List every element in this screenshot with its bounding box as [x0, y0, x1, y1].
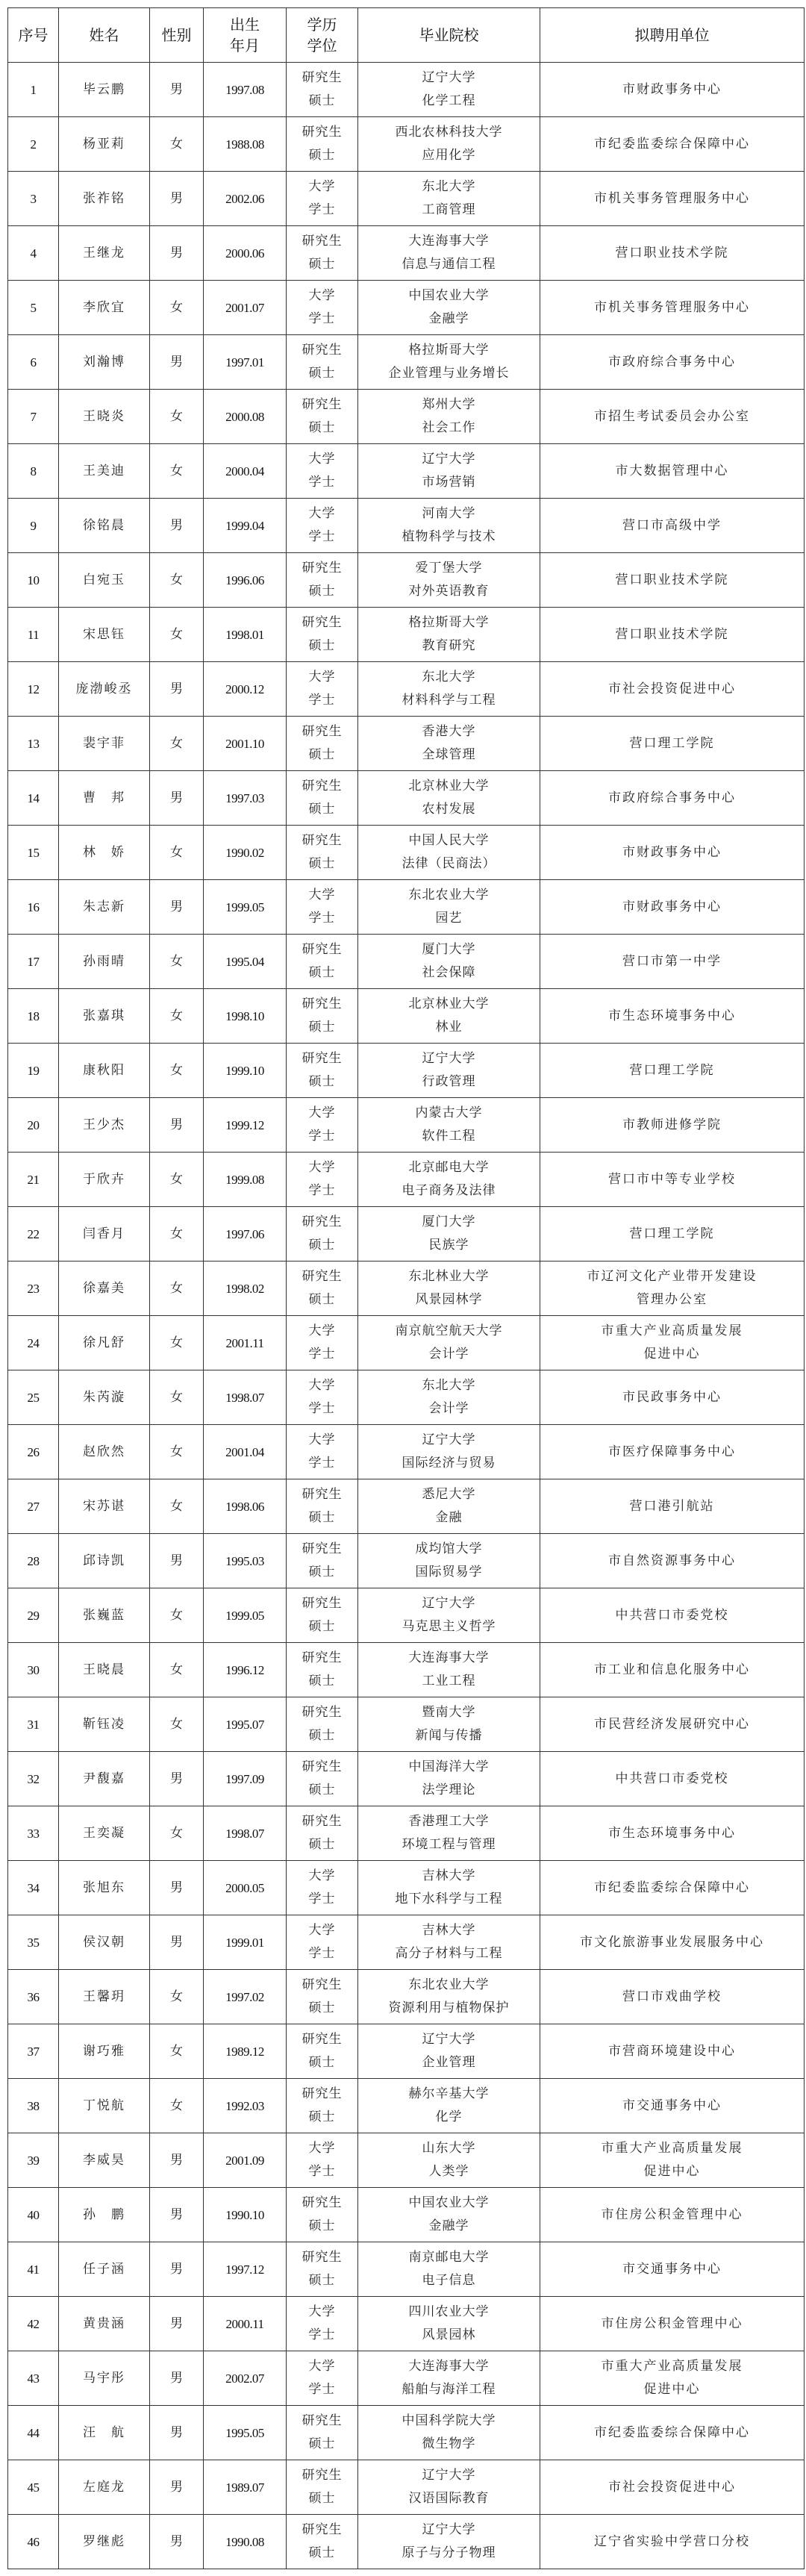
- cell-birth: 1998.10: [204, 989, 287, 1044]
- cell-school: 辽宁大学 马克思主义哲学: [358, 1588, 540, 1643]
- cell-education: 研究生 硕士: [287, 390, 358, 444]
- degree: 硕士: [287, 852, 357, 876]
- cell-no: 41: [8, 2242, 59, 2297]
- degree: 硕士: [287, 144, 357, 167]
- school-name: 香港大学: [358, 720, 540, 743]
- school-name: 东北大学: [358, 1374, 540, 1397]
- cell-school: 吉林大学 地下水科学与工程: [358, 1861, 540, 1915]
- unit-line2: 促进中心: [540, 2160, 804, 2183]
- degree: 硕士: [287, 2487, 357, 2510]
- education-level: 研究生: [287, 1211, 357, 1234]
- cell-school: 北京邮电大学 电子商务及法律: [358, 1153, 540, 1207]
- degree: 硕士: [287, 580, 357, 603]
- cell-name: 尹馥嘉: [59, 1752, 150, 1806]
- cell-name: 于欣卉: [59, 1153, 150, 1207]
- cell-name: 毕云鹏: [59, 63, 150, 117]
- cell-birth: 1995.03: [204, 1534, 287, 1588]
- cell-gender: 女: [150, 1970, 204, 2024]
- table-row: 12 庞渤峻丞 男 2000.12 大学 学士 东北大学 材料科学与工程 市社会…: [8, 662, 805, 717]
- cell-birth: 1997.02: [204, 1970, 287, 2024]
- school-name: 辽宁大学: [358, 1047, 540, 1070]
- cell-no: 6: [8, 335, 59, 390]
- unit-line1: 市交通事务中心: [540, 2258, 804, 2281]
- cell-no: 46: [8, 2515, 59, 2569]
- cell-school: 东北大学 工商管理: [358, 172, 540, 226]
- cell-gender: 男: [150, 63, 204, 117]
- cell-education: 研究生 硕士: [287, 1479, 358, 1534]
- degree: 硕士: [287, 961, 357, 985]
- education-level: 研究生: [287, 393, 357, 417]
- school-name: 河南大学: [358, 502, 540, 526]
- cell-education: 大学 学士: [287, 444, 358, 499]
- major: 风景园林学: [358, 1288, 540, 1312]
- table-row: 10 白宛玉 女 1996.06 研究生 硕士 爱丁堡大学 对外英语教育 营口职…: [8, 553, 805, 608]
- cell-no: 18: [8, 989, 59, 1044]
- cell-school: 南京邮电大学 电子信息: [358, 2242, 540, 2297]
- cell-birth: 1995.07: [204, 1697, 287, 1752]
- header-birth-line1: 出生: [204, 14, 286, 35]
- degree: 硕士: [287, 1506, 357, 1529]
- cell-gender: 女: [150, 1479, 204, 1534]
- cell-no: 34: [8, 1861, 59, 1915]
- cell-no: 4: [8, 226, 59, 281]
- unit-line1: 市财政事务中心: [540, 841, 804, 864]
- cell-gender: 女: [150, 1262, 204, 1316]
- cell-no: 3: [8, 172, 59, 226]
- cell-gender: 女: [150, 444, 204, 499]
- table-row: 16 朱志新 男 1999.05 大学 学士 东北农业大学 园艺 市财政事务中心: [8, 880, 805, 935]
- table-row: 43 马宇彤 男 2002.07 大学 学士 大连海事大学 船舶与海洋工程 市重…: [8, 2351, 805, 2406]
- cell-school: 西北农林科技大学 应用化学: [358, 117, 540, 172]
- cell-birth: 2001.10: [204, 717, 287, 771]
- cell-gender: 男: [150, 2351, 204, 2406]
- school-name: 中国人民大学: [358, 829, 540, 852]
- cell-no: 28: [8, 1534, 59, 1588]
- unit-line1: 营口理工学院: [540, 1059, 804, 1082]
- table-row: 19 康秋阳 女 1999.10 研究生 硕士 辽宁大学 行政管理 营口理工学院: [8, 1044, 805, 1098]
- cell-no: 22: [8, 1207, 59, 1262]
- unit-line1: 市机关事务管理服务中心: [540, 296, 804, 319]
- cell-gender: 女: [150, 1697, 204, 1752]
- degree: 学士: [287, 2378, 357, 2401]
- cell-school: 辽宁大学 国际经济与贸易: [358, 1425, 540, 1479]
- cell-birth: 2000.06: [204, 226, 287, 281]
- table-row: 45 左庭龙 男 1989.07 研究生 硕士 辽宁大学 汉语国际教育 市社会投…: [8, 2460, 805, 2515]
- table-row: 41 任子涵 男 1997.12 研究生 硕士 南京邮电大学 电子信息 市交通事…: [8, 2242, 805, 2297]
- cell-birth: 1999.12: [204, 1098, 287, 1153]
- cell-education: 研究生 硕士: [287, 1697, 358, 1752]
- cell-education: 大学 学士: [287, 1915, 358, 1970]
- cell-education: 研究生 硕士: [287, 771, 358, 826]
- cell-school: 北京林业大学 农村发展: [358, 771, 540, 826]
- cell-gender: 男: [150, 880, 204, 935]
- degree: 学士: [287, 1179, 357, 1203]
- table-row: 14 曹 邦 男 1997.03 研究生 硕士 北京林业大学 农村发展 市政府综…: [8, 771, 805, 826]
- cell-gender: 女: [150, 1806, 204, 1861]
- cell-unit: 市社会投资促进中心: [540, 662, 805, 717]
- major: 新闻与传播: [358, 1724, 540, 1747]
- unit-line1: 市教师进修学院: [540, 1114, 804, 1137]
- cell-gender: 女: [150, 553, 204, 608]
- header-education: 学历 学位: [287, 8, 358, 63]
- cell-name: 闫香月: [59, 1207, 150, 1262]
- cell-school: 吉林大学 高分子材料与工程: [358, 1915, 540, 1970]
- table-row: 36 王馨玥 女 1997.02 研究生 硕士 东北农业大学 资源利用与植物保护…: [8, 1970, 805, 2024]
- major: 企业管理与业务增长: [358, 362, 540, 385]
- education-level: 研究生: [287, 1265, 357, 1288]
- header-name: 姓名: [59, 8, 150, 63]
- unit-line1: 营口职业技术学院: [540, 242, 804, 265]
- cell-birth: 1998.01: [204, 608, 287, 662]
- cell-no: 16: [8, 880, 59, 935]
- cell-birth: 2000.04: [204, 444, 287, 499]
- unit-line1: 市纪委监委综合保障中心: [540, 1877, 804, 1900]
- unit-line1: 市住房公积金管理中心: [540, 2204, 804, 2227]
- major: 金融学: [358, 2215, 540, 2238]
- cell-birth: 1997.12: [204, 2242, 287, 2297]
- school-name: 南京航空航天大学: [358, 1320, 540, 1343]
- header-education-line2: 学位: [287, 35, 357, 56]
- degree: 硕士: [287, 1670, 357, 1693]
- cell-school: 大连海事大学 工业工程: [358, 1643, 540, 1697]
- cell-name: 邱诗凯: [59, 1534, 150, 1588]
- cell-education: 研究生 硕士: [287, 2188, 358, 2242]
- cell-unit: 营口市戏曲学校: [540, 1970, 805, 2024]
- cell-name: 左庭龙: [59, 2460, 150, 2515]
- table-row: 1 毕云鹏 男 1997.08 研究生 硕士 辽宁大学 化学工程 市财政事务中心: [8, 63, 805, 117]
- cell-gender: 男: [150, 1534, 204, 1588]
- cell-school: 大连海事大学 船舶与海洋工程: [358, 2351, 540, 2406]
- education-level: 研究生: [287, 2028, 357, 2051]
- major: 信息与通信工程: [358, 253, 540, 276]
- cell-name: 康秋阳: [59, 1044, 150, 1098]
- cell-education: 研究生 硕士: [287, 63, 358, 117]
- cell-education: 研究生 硕士: [287, 1643, 358, 1697]
- cell-education: 研究生 硕士: [287, 717, 358, 771]
- cell-no: 5: [8, 281, 59, 335]
- cell-no: 15: [8, 826, 59, 880]
- school-name: 辽宁大学: [358, 2519, 540, 2542]
- education-level: 大学: [287, 1102, 357, 1125]
- table-row: 46 罗继彪 男 1990.08 研究生 硕士 辽宁大学 原子与分子物理 辽宁省…: [8, 2515, 805, 2569]
- unit-line1: 市财政事务中心: [540, 78, 804, 102]
- unit-line1: 市财政事务中心: [540, 896, 804, 919]
- cell-education: 大学 学士: [287, 1098, 358, 1153]
- cell-birth: 1999.05: [204, 1588, 287, 1643]
- cell-unit: 营口港引航站: [540, 1479, 805, 1534]
- cell-education: 大学 学士: [287, 1425, 358, 1479]
- cell-unit: 市医疗保障事务中心: [540, 1425, 805, 1479]
- cell-name: 孙雨晴: [59, 935, 150, 989]
- cell-school: 赫尔辛基大学 化学: [358, 2079, 540, 2133]
- unit-line1: 市机关事务管理服务中心: [540, 187, 804, 210]
- cell-school: 辽宁大学 原子与分子物理: [358, 2515, 540, 2569]
- cell-gender: 女: [150, 2079, 204, 2133]
- unit-line1: 市住房公积金管理中心: [540, 2313, 804, 2336]
- education-level: 研究生: [287, 2519, 357, 2542]
- school-name: 北京邮电大学: [358, 1156, 540, 1179]
- cell-no: 9: [8, 499, 59, 553]
- header-no: 序号: [8, 8, 59, 63]
- degree: 学士: [287, 1397, 357, 1420]
- cell-gender: 女: [150, 1425, 204, 1479]
- cell-education: 研究生 硕士: [287, 1806, 358, 1861]
- school-name: 辽宁大学: [358, 1429, 540, 1452]
- table-row: 2 杨亚莉 女 1988.08 研究生 硕士 西北农林科技大学 应用化学 市纪委…: [8, 117, 805, 172]
- degree: 学士: [287, 471, 357, 494]
- cell-education: 研究生 硕士: [287, 1752, 358, 1806]
- cell-gender: 男: [150, 2188, 204, 2242]
- unit-line1: 市医疗保障事务中心: [540, 1441, 804, 1464]
- school-name: 郑州大学: [358, 393, 540, 417]
- cell-no: 12: [8, 662, 59, 717]
- header-unit: 拟聘用单位: [540, 8, 805, 63]
- education-level: 研究生: [287, 1974, 357, 1997]
- degree: 硕士: [287, 1016, 357, 1039]
- cell-name: 谢巧雅: [59, 2024, 150, 2079]
- cell-gender: 女: [150, 1643, 204, 1697]
- header-gender: 性别: [150, 8, 204, 63]
- unit-line1: 营口职业技术学院: [540, 623, 804, 646]
- cell-birth: 1998.07: [204, 1370, 287, 1425]
- cell-unit: 中共营口市委党校: [540, 1588, 805, 1643]
- table-row: 25 朱芮漩 女 1998.07 大学 学士 东北大学 会计学 市民政事务中心: [8, 1370, 805, 1425]
- cell-unit: 市纪委监委综合保障中心: [540, 2406, 805, 2460]
- cell-name: 刘瀚博: [59, 335, 150, 390]
- major: 教育研究: [358, 634, 540, 658]
- cell-school: 北京林业大学 林业: [358, 989, 540, 1044]
- cell-birth: 1997.06: [204, 1207, 287, 1262]
- table-row: 30 王晓晨 女 1996.12 研究生 硕士 大连海事大学 工业工程 市工业和…: [8, 1643, 805, 1697]
- cell-name: 任子涵: [59, 2242, 150, 2297]
- cell-unit: 市招生考试委员会办公室: [540, 390, 805, 444]
- cell-no: 39: [8, 2133, 59, 2188]
- unit-line1: 市生态环境事务中心: [540, 1005, 804, 1028]
- major: 微生物学: [358, 2433, 540, 2456]
- cell-gender: 女: [150, 608, 204, 662]
- cell-unit: 营口理工学院: [540, 1044, 805, 1098]
- education-level: 研究生: [287, 121, 357, 144]
- major: 马克思主义哲学: [358, 1615, 540, 1638]
- major: 风景园林: [358, 2324, 540, 2347]
- cell-school: 爱丁堡大学 对外英语教育: [358, 553, 540, 608]
- cell-education: 大学 学士: [287, 1153, 358, 1207]
- education-level: 研究生: [287, 775, 357, 798]
- cell-birth: 2000.08: [204, 390, 287, 444]
- table-row: 27 宋苏谌 女 1998.06 研究生 硕士 悉尼大学 金融 营口港引航站: [8, 1479, 805, 1534]
- cell-unit: 市社会投资促进中心: [540, 2460, 805, 2515]
- degree: 学士: [287, 1343, 357, 1366]
- education-level: 大学: [287, 1374, 357, 1397]
- school-name: 暨南大学: [358, 1701, 540, 1724]
- school-name: 东北大学: [358, 666, 540, 689]
- unit-line1: 市民政事务中心: [540, 1386, 804, 1409]
- unit-line1: 中共营口市委党校: [540, 1768, 804, 1791]
- cell-gender: 男: [150, 172, 204, 226]
- table-row: 38 丁悦航 女 1992.03 研究生 硕士 赫尔辛基大学 化学 市交通事务中…: [8, 2079, 805, 2133]
- cell-gender: 女: [150, 1044, 204, 1098]
- major: 行政管理: [358, 1070, 540, 1094]
- cell-name: 王美迪: [59, 444, 150, 499]
- cell-education: 研究生 硕士: [287, 226, 358, 281]
- education-level: 大学: [287, 666, 357, 689]
- degree: 硕士: [287, 1779, 357, 1802]
- education-level: 研究生: [287, 66, 357, 90]
- header-birth-line2: 年月: [204, 35, 286, 56]
- cell-gender: 男: [150, 662, 204, 717]
- cell-name: 宋思钰: [59, 608, 150, 662]
- cell-gender: 女: [150, 826, 204, 880]
- cell-birth: 2002.06: [204, 172, 287, 226]
- cell-birth: 1997.01: [204, 335, 287, 390]
- cell-education: 大学 学士: [287, 281, 358, 335]
- cell-school: 辽宁大学 行政管理: [358, 1044, 540, 1098]
- table-row: 15 林 娇 女 1990.02 研究生 硕士 中国人民大学 法律（民商法） 市…: [8, 826, 805, 880]
- cell-education: 研究生 硕士: [287, 989, 358, 1044]
- table-row: 44 汪 航 男 1995.05 研究生 硕士 中国科学院大学 微生物学 市纪委…: [8, 2406, 805, 2460]
- unit-line1: 辽宁省实验中学营口分校: [540, 2530, 804, 2554]
- cell-unit: 市政府综合事务中心: [540, 335, 805, 390]
- cell-education: 大学 学士: [287, 662, 358, 717]
- major: 高分子材料与工程: [358, 1942, 540, 1965]
- table-row: 13 裴宇菲 女 2001.10 研究生 硕士 香港大学 全球管理 营口理工学院: [8, 717, 805, 771]
- table-row: 3 张祚铭 男 2002.06 大学 学士 东北大学 工商管理 市机关事务管理服…: [8, 172, 805, 226]
- cell-no: 37: [8, 2024, 59, 2079]
- cell-school: 东北农业大学 园艺: [358, 880, 540, 935]
- cell-unit: 营口市第一中学: [540, 935, 805, 989]
- cell-name: 王奕凝: [59, 1806, 150, 1861]
- school-name: 悉尼大学: [358, 1483, 540, 1506]
- unit-line1: 市大数据管理中心: [540, 460, 804, 483]
- cell-gender: 女: [150, 281, 204, 335]
- cell-no: 17: [8, 935, 59, 989]
- table-row: 35 侯汉朝 男 1999.01 大学 学士 吉林大学 高分子材料与工程 市文化…: [8, 1915, 805, 1970]
- cell-unit: 市生态环境事务中心: [540, 989, 805, 1044]
- education-level: 大学: [287, 448, 357, 471]
- cell-unit: 营口市高级中学: [540, 499, 805, 553]
- cell-unit: 市政府综合事务中心: [540, 771, 805, 826]
- unit-line1: 营口港引航站: [540, 1495, 804, 1518]
- unit-line1: 市纪委监委综合保障中心: [540, 133, 804, 156]
- cell-school: 中国人民大学 法律（民商法）: [358, 826, 540, 880]
- unit-line1: 营口市第一中学: [540, 950, 804, 973]
- cell-school: 厦门大学 民族学: [358, 1207, 540, 1262]
- table-row: 5 李欣宜 女 2001.07 大学 学士 中国农业大学 金融学 市机关事务管理…: [8, 281, 805, 335]
- table-row: 31 靳钰凌 女 1995.07 研究生 硕士 暨南大学 新闻与传播 市民营经济…: [8, 1697, 805, 1752]
- unit-line1: 市重大产业高质量发展: [540, 2355, 804, 2378]
- cell-birth: 1999.10: [204, 1044, 287, 1098]
- header-row: 序号 姓名 性别 出生 年月 学历 学位 毕业院校 拟聘用单位: [8, 8, 805, 63]
- cell-name: 王晓晨: [59, 1643, 150, 1697]
- education-level: 研究生: [287, 1756, 357, 1779]
- cell-no: 2: [8, 117, 59, 172]
- cell-school: 悉尼大学 金融: [358, 1479, 540, 1534]
- cell-gender: 女: [150, 935, 204, 989]
- cell-unit: 市财政事务中心: [540, 880, 805, 935]
- education-level: 研究生: [287, 611, 357, 634]
- cell-no: 1: [8, 63, 59, 117]
- cell-no: 45: [8, 2460, 59, 2515]
- major: 金融学: [358, 308, 540, 331]
- table-row: 29 张巍蓝 女 1999.05 研究生 硕士 辽宁大学 马克思主义哲学 中共营…: [8, 1588, 805, 1643]
- major: 软件工程: [358, 1125, 540, 1148]
- cell-no: 24: [8, 1316, 59, 1370]
- education-level: 研究生: [287, 2246, 357, 2269]
- cell-unit: 辽宁省实验中学营口分校: [540, 2515, 805, 2569]
- cell-name: 靳钰凌: [59, 1697, 150, 1752]
- cell-no: 14: [8, 771, 59, 826]
- table-row: 28 邱诗凯 男 1995.03 研究生 硕士 成均馆大学 国际贸易学 市自然资…: [8, 1534, 805, 1588]
- degree: 硕士: [287, 90, 357, 113]
- major: 金融: [358, 1506, 540, 1529]
- cell-no: 10: [8, 553, 59, 608]
- degree: 学士: [287, 1452, 357, 1475]
- cell-gender: 女: [150, 717, 204, 771]
- degree: 硕士: [287, 1234, 357, 1257]
- school-name: 大连海事大学: [358, 1647, 540, 1670]
- education-level: 研究生: [287, 1538, 357, 1561]
- cell-birth: 1997.09: [204, 1752, 287, 1806]
- school-name: 吉林大学: [358, 1919, 540, 1942]
- school-name: 成均馆大学: [358, 1538, 540, 1561]
- cell-unit: 市重大产业高质量发展 促进中心: [540, 2133, 805, 2188]
- unit-line1: 市重大产业高质量发展: [540, 2137, 804, 2160]
- cell-gender: 男: [150, 2242, 204, 2297]
- major: 法学理论: [358, 1779, 540, 1802]
- education-level: 大学: [287, 284, 357, 308]
- unit-line1: 中共营口市委党校: [540, 1604, 804, 1627]
- major: 工商管理: [358, 199, 540, 222]
- cell-education: 研究生 硕士: [287, 935, 358, 989]
- unit-line1: 市交通事务中心: [540, 2095, 804, 2118]
- cell-unit: 营口理工学院: [540, 717, 805, 771]
- cell-unit: 市辽河文化产业带开发建设 管理办公室: [540, 1262, 805, 1316]
- unit-line1: 市辽河文化产业带开发建设: [540, 1265, 804, 1288]
- school-name: 西北农林科技大学: [358, 121, 540, 144]
- cell-birth: 2001.11: [204, 1316, 287, 1370]
- school-name: 辽宁大学: [358, 1592, 540, 1615]
- cell-no: 33: [8, 1806, 59, 1861]
- cell-no: 30: [8, 1643, 59, 1697]
- cell-gender: 女: [150, 2024, 204, 2079]
- cell-no: 8: [8, 444, 59, 499]
- cell-education: 研究生 硕士: [287, 1534, 358, 1588]
- cell-name: 丁悦航: [59, 2079, 150, 2133]
- unit-line1: 营口理工学院: [540, 1223, 804, 1246]
- cell-school: 暨南大学 新闻与传播: [358, 1697, 540, 1752]
- cell-gender: 男: [150, 2297, 204, 2351]
- education-level: 大学: [287, 884, 357, 907]
- degree: 硕士: [287, 1561, 357, 1584]
- cell-school: 南京航空航天大学 会计学: [358, 1316, 540, 1370]
- education-level: 研究生: [287, 993, 357, 1016]
- degree: 硕士: [287, 1724, 357, 1747]
- degree: 学士: [287, 1125, 357, 1148]
- degree: 硕士: [287, 2433, 357, 2456]
- cell-education: 大学 学士: [287, 1316, 358, 1370]
- table-row: 42 黄贵涵 男 2000.11 大学 学士 四川农业大学 风景园林 市住房公积…: [8, 2297, 805, 2351]
- cell-education: 研究生 硕士: [287, 2079, 358, 2133]
- cell-gender: 女: [150, 1207, 204, 1262]
- cell-no: 13: [8, 717, 59, 771]
- cell-no: 26: [8, 1425, 59, 1479]
- cell-education: 研究生 硕士: [287, 2460, 358, 2515]
- cell-name: 王晓炎: [59, 390, 150, 444]
- cell-education: 大学 学士: [287, 2297, 358, 2351]
- cell-school: 格拉斯哥大学 企业管理与业务增长: [358, 335, 540, 390]
- unit-line1: 市生态环境事务中心: [540, 1822, 804, 1845]
- cell-name: 朱芮漩: [59, 1370, 150, 1425]
